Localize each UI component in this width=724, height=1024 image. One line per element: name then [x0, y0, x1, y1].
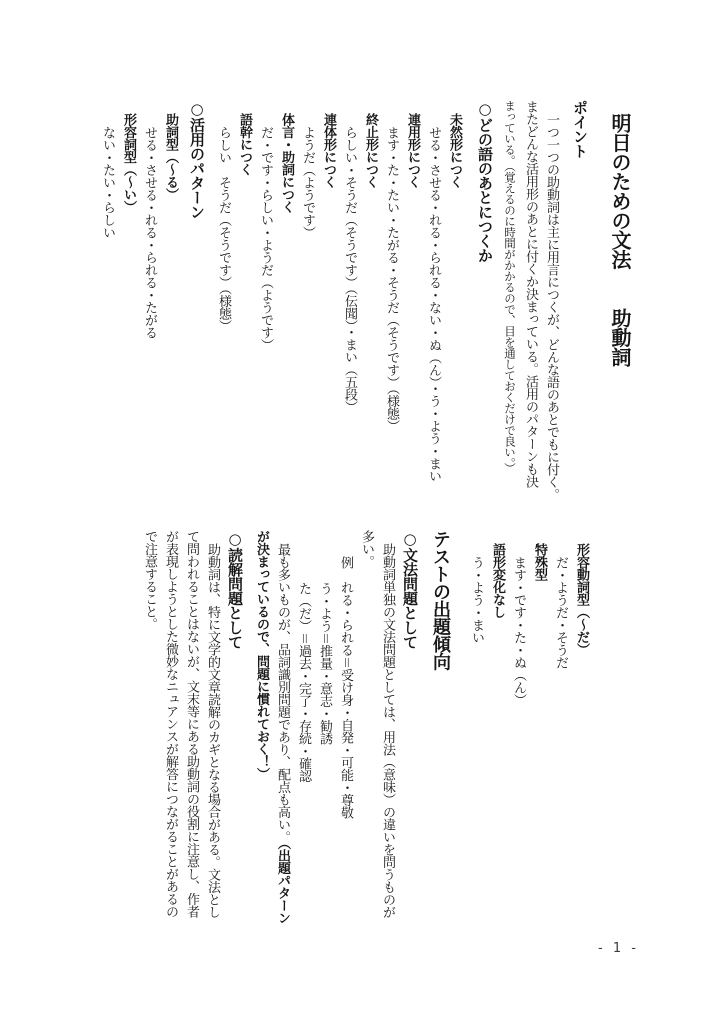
text-line: らしい・そうだ（そうです）（伝聞）・まい（五段） — [339, 100, 360, 500]
text-line: 一つ一つの助動詞は主に用言につくが、どんな語のあとでもに付く。 — [541, 100, 562, 500]
subsection-heading: 語形変化なし — [487, 530, 508, 930]
subsection-heading: 体言・助詞につく — [276, 100, 297, 500]
text-line: だ・ようだ・そうだ — [550, 530, 571, 930]
section-title: テストの出題傾向 — [426, 530, 454, 930]
text-line: で注意すること。 — [139, 530, 160, 930]
section-heading: ○活用のパターン — [185, 100, 209, 500]
text-line: 多い。 — [356, 530, 377, 930]
text-line: ます・た・たい・たがる・そうだ（そうです）（様態） — [381, 100, 402, 500]
text-line: う・よう＝推量・意志・勧誘 — [314, 530, 335, 930]
text-line: 助動詞単独の文法問題としては、用法（意味）の違いを問うものが — [377, 530, 398, 930]
section-heading: ポイント — [568, 100, 592, 500]
subsection-heading: 特殊型 — [529, 530, 550, 930]
subsection-heading: 形容動詞型（〜だ） — [571, 530, 592, 930]
section-heading: ○どの語のあとにつくか — [473, 100, 497, 500]
subsection-heading: 助詞型（〜る） — [160, 100, 181, 500]
text-line: ない・たい・らしい — [97, 100, 118, 500]
subsection-heading: 終止形につく — [360, 100, 381, 500]
section-heading: ○文法問題として — [398, 530, 422, 930]
subsection-heading: 連体形につく — [318, 100, 339, 500]
text-line: う・よう・まい — [466, 530, 487, 930]
subsection-heading: が決まっているので、問題に慣れておく！） — [251, 530, 272, 930]
text-line: 例 れる・られる＝受け身・自発・可能・尊敬 — [335, 530, 356, 930]
subsection-heading: 未然形につく — [444, 100, 465, 500]
scanned-document-page: 明日のための文法 助動詞ポイント一つ一つの助動詞は主に用言につくが、どんな語のあ… — [0, 0, 724, 1024]
document-title: 明日のための文法 助動詞 — [604, 100, 636, 500]
section-heading: ○読解問題として — [223, 530, 247, 930]
text-line: ようだ（ようです） — [297, 100, 318, 500]
text-line: せる・させる・れる・られる・ない・ぬ（ん）・う・よう・まい — [423, 100, 444, 500]
text-line: せる・させる・れる・られる・たがる — [139, 100, 160, 500]
text-line: らしい そうだ（そうです）（様態） — [213, 100, 234, 500]
text-line: た（だ）＝過去・完了・存続・確認 — [293, 530, 314, 930]
text-line: が表現しようとした微妙なニュアンスが解答につながることがあるの — [160, 530, 181, 930]
text-line: だ・です・らしい・ようだ（ようです） — [255, 100, 276, 500]
subsection-heading: 語幹につく — [234, 100, 255, 500]
text-line: て問われることはないが、文末等にある助動詞の役割に注意し、作者 — [181, 530, 202, 930]
text-line: 助動詞は、特に文学的文章読解のカギとなる場合がある。文法とし — [202, 530, 223, 930]
page-number: - 1 - — [598, 941, 639, 956]
vertical-text-block-top: 明日のための文法 助動詞ポイント一つ一つの助動詞は主に用言につくが、どんな語のあ… — [97, 100, 636, 500]
text-line: ます・です・た・ぬ（ん） — [508, 530, 529, 930]
subsection-heading: 連用形につく — [402, 100, 423, 500]
text-line: まっている。（覚えるのに時間がかかるので、目を通しておくだけで良い。） — [499, 100, 520, 500]
text-line: またどんな活用形のあとに付くか決まっている。活用のパターンも決 — [520, 100, 541, 500]
vertical-text-block-bottom: 形容動詞型（〜だ）だ・ようだ・そうだ特殊型ます・です・た・ぬ（ん）語形変化なしう… — [139, 530, 592, 930]
subsection-heading: 形容詞型（〜い） — [118, 100, 139, 500]
emphasized-text: （出題パターン — [275, 843, 290, 924]
text-line: 最も多いものが、品詞識別問題であり、配点も高い。（出題パターン — [272, 530, 293, 930]
